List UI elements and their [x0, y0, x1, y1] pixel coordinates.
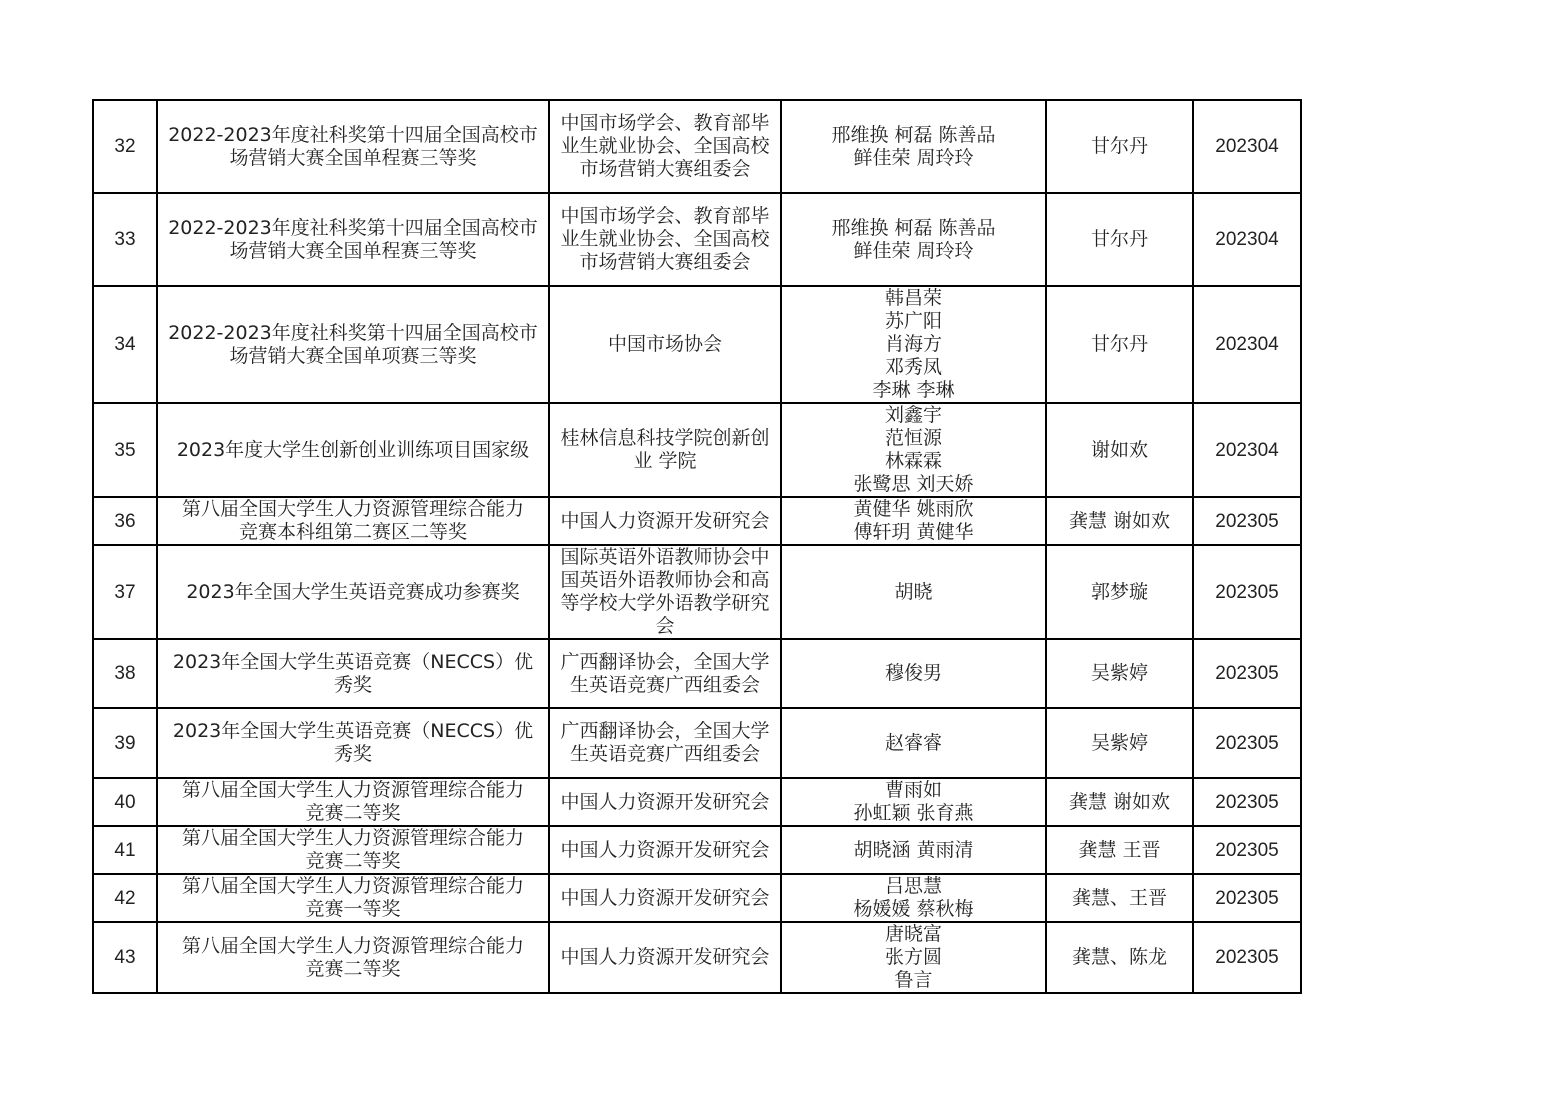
cell-organizer-line: 中国人力资源开发研究会: [553, 791, 777, 814]
cell-advisor-line: 甘尔丹: [1050, 135, 1189, 158]
cell-students-line: 肖海方: [785, 333, 1042, 356]
cell-advisor: 谢如欢: [1046, 403, 1193, 497]
cell-date: 202305: [1193, 874, 1301, 922]
cell-award-name: 第八届全国大学生人力资源管理综合能力竞赛本科组第二赛区二等奖: [157, 497, 549, 545]
cell-advisor-line: 龚慧 王晋: [1050, 839, 1189, 862]
cell-award-name-line: 竞赛二等奖: [161, 802, 545, 825]
cell-organizer-line: 中国人力资源开发研究会: [553, 839, 777, 862]
cell-students-line: 刘鑫宇: [785, 404, 1042, 427]
cell-students: 邢维换 柯磊 陈善品鲜佳荣 周玲玲: [781, 100, 1046, 193]
cell-number: 32: [93, 100, 157, 193]
cell-number: 42: [93, 874, 157, 922]
cell-advisor: 龚慧、陈龙: [1046, 922, 1193, 993]
table-row: 392023年全国大学生英语竞赛（NECCS）优秀奖广西翻译协会，全国大学生英语…: [93, 708, 1301, 778]
cell-organizer: 桂林信息科技学院创新创业 学院: [549, 403, 781, 497]
cell-students: 黄健华 姚雨欣傅轩玥 黄健华: [781, 497, 1046, 545]
cell-organizer-line: 广西翻译协会，全国大学: [553, 651, 777, 674]
cell-number: 39: [93, 708, 157, 778]
cell-students-line: 傅轩玥 黄健华: [785, 521, 1042, 544]
cell-advisor-line: 谢如欢: [1050, 439, 1189, 462]
cell-award-name-line: 第八届全国大学生人力资源管理综合能力: [161, 498, 545, 521]
cell-organizer-line: 业生就业协会、全国高校: [553, 228, 777, 251]
cell-advisor-line: 龚慧、王晋: [1050, 887, 1189, 910]
cell-organizer: 中国人力资源开发研究会: [549, 874, 781, 922]
cell-organizer: 中国人力资源开发研究会: [549, 497, 781, 545]
table-row: 332022-2023年度社科奖第十四届全国高校市场营销大赛全国单程赛三等奖中国…: [93, 193, 1301, 286]
cell-students-line: 杨媛媛 蔡秋梅: [785, 898, 1042, 921]
cell-organizer-line: 中国人力资源开发研究会: [553, 946, 777, 969]
cell-advisor: 甘尔丹: [1046, 286, 1193, 403]
cell-organizer-line: 中国市场学会、教育部毕: [553, 112, 777, 135]
cell-number: 33: [93, 193, 157, 286]
cell-date: 202305: [1193, 639, 1301, 708]
cell-students-line: 张方圆: [785, 946, 1042, 969]
cell-organizer: 广西翻译协会，全国大学生英语竞赛广西组委会: [549, 708, 781, 778]
cell-date: 202305: [1193, 708, 1301, 778]
cell-students-line: 邢维换 柯磊 陈善品: [785, 217, 1042, 240]
cell-organizer: 中国市场学会、教育部毕业生就业协会、全国高校市场营销大赛组委会: [549, 100, 781, 193]
cell-award-name-line: 2022-2023年度社科奖第十四届全国高校市: [161, 217, 545, 240]
cell-award-name: 2023年全国大学生英语竞赛（NECCS）优秀奖: [157, 708, 549, 778]
table-row: 352023年度大学生创新创业训练项目国家级桂林信息科技学院创新创业 学院刘鑫宇…: [93, 403, 1301, 497]
cell-award-name: 2022-2023年度社科奖第十四届全国高校市场营销大赛全国单程赛三等奖: [157, 193, 549, 286]
cell-students: 胡晓: [781, 545, 1046, 639]
cell-students-line: 曹雨如: [785, 779, 1042, 802]
cell-students-line: 林霖霖: [785, 450, 1042, 473]
cell-organizer-line: 业生就业协会、全国高校: [553, 135, 777, 158]
cell-organizer: 中国市场协会: [549, 286, 781, 403]
cell-organizer-line: 生英语竞赛广西组委会: [553, 674, 777, 697]
cell-students-line: 鲜佳荣 周玲玲: [785, 147, 1042, 170]
cell-number: 34: [93, 286, 157, 403]
table-row: 382023年全国大学生英语竞赛（NECCS）优秀奖广西翻译协会，全国大学生英语…: [93, 639, 1301, 708]
cell-organizer-line: 广西翻译协会，全国大学: [553, 720, 777, 743]
cell-students: 赵睿睿: [781, 708, 1046, 778]
cell-date: 202305: [1193, 497, 1301, 545]
table-row: 41第八届全国大学生人力资源管理综合能力竞赛二等奖中国人力资源开发研究会胡晓涵 …: [93, 826, 1301, 874]
table-row: 43第八届全国大学生人力资源管理综合能力竞赛二等奖中国人力资源开发研究会唐晓富张…: [93, 922, 1301, 993]
cell-advisor-line: 吴紫婷: [1050, 662, 1189, 685]
awards-table-body: 322022-2023年度社科奖第十四届全国高校市场营销大赛全国单程赛三等奖中国…: [93, 100, 1301, 993]
cell-students-line: 胡晓: [785, 581, 1042, 604]
cell-award-name: 2023年全国大学生英语竞赛（NECCS）优秀奖: [157, 639, 549, 708]
cell-organizer: 中国人力资源开发研究会: [549, 922, 781, 993]
cell-students-line: 张鹭思 刘天娇: [785, 473, 1042, 496]
cell-students: 曹雨如孙虹颖 张育燕: [781, 778, 1046, 826]
table-row: 372023年全国大学生英语竞赛成功参赛奖国际英语外语教师协会中国英语外语教师协…: [93, 545, 1301, 639]
cell-organizer-line: 业 学院: [553, 450, 777, 473]
cell-students-line: 唐晓富: [785, 923, 1042, 946]
cell-students-line: 孙虹颖 张育燕: [785, 802, 1042, 825]
cell-award-name-line: 2023年全国大学生英语竞赛（NECCS）优: [161, 720, 545, 743]
cell-advisor: 龚慧、王晋: [1046, 874, 1193, 922]
cell-award-name-line: 竞赛本科组第二赛区二等奖: [161, 521, 545, 544]
cell-organizer-line: 中国市场学会、教育部毕: [553, 205, 777, 228]
cell-organizer: 中国人力资源开发研究会: [549, 826, 781, 874]
table-row: 42第八届全国大学生人力资源管理综合能力竞赛一等奖中国人力资源开发研究会吕思慧杨…: [93, 874, 1301, 922]
cell-award-name: 第八届全国大学生人力资源管理综合能力竞赛二等奖: [157, 826, 549, 874]
cell-students-line: 鲜佳荣 周玲玲: [785, 240, 1042, 263]
cell-award-name: 第八届全国大学生人力资源管理综合能力竞赛二等奖: [157, 922, 549, 993]
cell-students: 唐晓富张方圆鲁言: [781, 922, 1046, 993]
cell-award-name-line: 秀奖: [161, 674, 545, 697]
cell-advisor: 龚慧 谢如欢: [1046, 778, 1193, 826]
cell-advisor-line: 甘尔丹: [1050, 333, 1189, 356]
cell-students-line: 韩昌荣: [785, 287, 1042, 310]
cell-organizer-line: 中国人力资源开发研究会: [553, 510, 777, 533]
cell-number: 38: [93, 639, 157, 708]
cell-award-name-line: 第八届全国大学生人力资源管理综合能力: [161, 779, 545, 802]
cell-award-name-line: 2023年度大学生创新创业训练项目国家级: [161, 439, 545, 462]
cell-organizer-line: 中国人力资源开发研究会: [553, 887, 777, 910]
cell-number: 41: [93, 826, 157, 874]
cell-organizer-line: 市场营销大赛组委会: [553, 158, 777, 181]
cell-advisor: 吴紫婷: [1046, 639, 1193, 708]
cell-date: 202305: [1193, 545, 1301, 639]
cell-award-name-line: 2022-2023年度社科奖第十四届全国高校市: [161, 124, 545, 147]
cell-organizer: 国际英语外语教师协会中国英语外语教师协会和高等学校大学外语教学研究会: [549, 545, 781, 639]
cell-award-name-line: 2023年全国大学生英语竞赛（NECCS）优: [161, 651, 545, 674]
cell-award-name: 第八届全国大学生人力资源管理综合能力竞赛二等奖: [157, 778, 549, 826]
cell-organizer-line: 市场营销大赛组委会: [553, 251, 777, 274]
cell-advisor-line: 龚慧、陈龙: [1050, 946, 1189, 969]
cell-number: 43: [93, 922, 157, 993]
cell-award-name-line: 竞赛二等奖: [161, 850, 545, 873]
cell-award-name-line: 第八届全国大学生人力资源管理综合能力: [161, 875, 545, 898]
cell-students-line: 黄健华 姚雨欣: [785, 498, 1042, 521]
cell-award-name-line: 第八届全国大学生人力资源管理综合能力: [161, 827, 545, 850]
cell-date: 202305: [1193, 826, 1301, 874]
cell-date: 202304: [1193, 286, 1301, 403]
cell-advisor: 龚慧 王晋: [1046, 826, 1193, 874]
cell-students: 吕思慧杨媛媛 蔡秋梅: [781, 874, 1046, 922]
cell-award-name-line: 场营销大赛全国单项赛三等奖: [161, 345, 545, 368]
cell-organizer-line: 国英语外语教师协会和高: [553, 569, 777, 592]
cell-advisor: 郭梦璇: [1046, 545, 1193, 639]
cell-students: 邢维换 柯磊 陈善品鲜佳荣 周玲玲: [781, 193, 1046, 286]
cell-organizer-line: 桂林信息科技学院创新创: [553, 427, 777, 450]
cell-number: 37: [93, 545, 157, 639]
cell-students-line: 吕思慧: [785, 875, 1042, 898]
cell-organizer-line: 会: [553, 615, 777, 638]
cell-date: 202304: [1193, 403, 1301, 497]
table-row: 342022-2023年度社科奖第十四届全国高校市场营销大赛全国单项赛三等奖中国…: [93, 286, 1301, 403]
cell-award-name-line: 场营销大赛全国单程赛三等奖: [161, 147, 545, 170]
cell-students-line: 邢维换 柯磊 陈善品: [785, 124, 1042, 147]
cell-date: 202304: [1193, 100, 1301, 193]
cell-students: 胡晓涵 黄雨清: [781, 826, 1046, 874]
cell-students-line: 苏广阳: [785, 310, 1042, 333]
cell-advisor: 龚慧 谢如欢: [1046, 497, 1193, 545]
cell-students: 穆俊男: [781, 639, 1046, 708]
cell-date: 202305: [1193, 922, 1301, 993]
cell-advisor: 甘尔丹: [1046, 100, 1193, 193]
cell-organizer: 广西翻译协会，全国大学生英语竞赛广西组委会: [549, 639, 781, 708]
cell-award-name: 2022-2023年度社科奖第十四届全国高校市场营销大赛全国单项赛三等奖: [157, 286, 549, 403]
cell-advisor-line: 吴紫婷: [1050, 732, 1189, 755]
cell-organizer-line: 等学校大学外语教学研究: [553, 592, 777, 615]
cell-students-line: 胡晓涵 黄雨清: [785, 839, 1042, 862]
cell-award-name: 2023年度大学生创新创业训练项目国家级: [157, 403, 549, 497]
cell-advisor: 吴紫婷: [1046, 708, 1193, 778]
cell-organizer-line: 国际英语外语教师协会中: [553, 546, 777, 569]
cell-award-name-line: 2022-2023年度社科奖第十四届全国高校市: [161, 322, 545, 345]
awards-table: 322022-2023年度社科奖第十四届全国高校市场营销大赛全国单程赛三等奖中国…: [92, 99, 1302, 994]
cell-students: 刘鑫宇范恒源林霖霖张鹭思 刘天娇: [781, 403, 1046, 497]
cell-award-name-line: 第八届全国大学生人力资源管理综合能力: [161, 935, 545, 958]
cell-organizer: 中国市场学会、教育部毕业生就业协会、全国高校市场营销大赛组委会: [549, 193, 781, 286]
cell-number: 35: [93, 403, 157, 497]
cell-advisor: 甘尔丹: [1046, 193, 1193, 286]
cell-award-name: 2022-2023年度社科奖第十四届全国高校市场营销大赛全国单程赛三等奖: [157, 100, 549, 193]
cell-students: 韩昌荣苏广阳肖海方邓秀凤李琳 李琳: [781, 286, 1046, 403]
table-row: 322022-2023年度社科奖第十四届全国高校市场营销大赛全国单程赛三等奖中国…: [93, 100, 1301, 193]
cell-organizer: 中国人力资源开发研究会: [549, 778, 781, 826]
cell-advisor-line: 龚慧 谢如欢: [1050, 791, 1189, 814]
cell-advisor-line: 郭梦璇: [1050, 581, 1189, 604]
cell-number: 36: [93, 497, 157, 545]
cell-students-line: 李琳 李琳: [785, 379, 1042, 402]
cell-award-name-line: 竞赛一等奖: [161, 898, 545, 921]
cell-number: 40: [93, 778, 157, 826]
cell-organizer-line: 中国市场协会: [553, 333, 777, 356]
cell-advisor-line: 甘尔丹: [1050, 228, 1189, 251]
cell-award-name-line: 场营销大赛全国单程赛三等奖: [161, 240, 545, 263]
cell-date: 202305: [1193, 778, 1301, 826]
cell-students-line: 赵睿睿: [785, 732, 1042, 755]
table-row: 36第八届全国大学生人力资源管理综合能力竞赛本科组第二赛区二等奖中国人力资源开发…: [93, 497, 1301, 545]
cell-award-name: 2023年全国大学生英语竞赛成功参赛奖: [157, 545, 549, 639]
cell-award-name: 第八届全国大学生人力资源管理综合能力竞赛一等奖: [157, 874, 549, 922]
cell-students-line: 范恒源: [785, 427, 1042, 450]
cell-students-line: 穆俊男: [785, 662, 1042, 685]
table-row: 40第八届全国大学生人力资源管理综合能力竞赛二等奖中国人力资源开发研究会曹雨如孙…: [93, 778, 1301, 826]
cell-date: 202304: [1193, 193, 1301, 286]
cell-organizer-line: 生英语竞赛广西组委会: [553, 743, 777, 766]
cell-advisor-line: 龚慧 谢如欢: [1050, 510, 1189, 533]
cell-students-line: 邓秀凤: [785, 356, 1042, 379]
cell-award-name-line: 2023年全国大学生英语竞赛成功参赛奖: [161, 581, 545, 604]
cell-students-line: 鲁言: [785, 969, 1042, 992]
cell-award-name-line: 秀奖: [161, 743, 545, 766]
cell-award-name-line: 竞赛二等奖: [161, 958, 545, 981]
